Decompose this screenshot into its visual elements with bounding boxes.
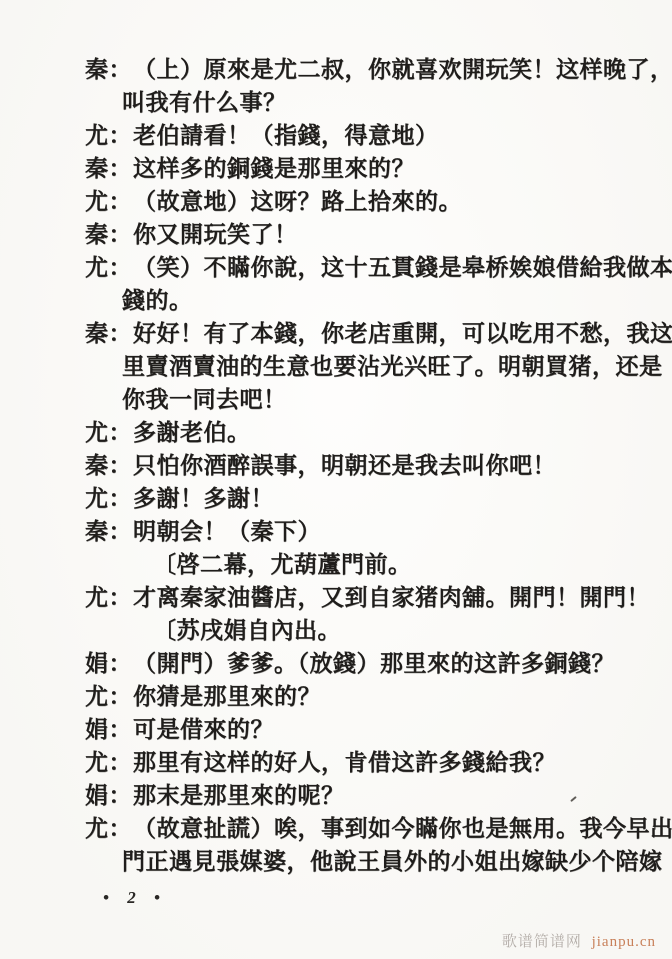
- script-line: 尤：多謝！多謝！: [85, 482, 660, 515]
- speaker-label: 秦：: [85, 152, 132, 185]
- script-line: 尤：多謝老伯。: [85, 416, 660, 449]
- speaker-label: 尤：: [85, 185, 132, 218]
- speaker-label: 秦：: [85, 449, 132, 482]
- speaker-label: 娟：: [85, 647, 132, 680]
- script-line: 秦：（上）原來是尤二叔，你就喜欢開玩笑！这样晚了，: [85, 53, 660, 86]
- speaker-label: 尤：: [85, 680, 132, 713]
- dialogue-text: （故意地）这呀？路上拾來的。: [133, 189, 462, 214]
- script-line: 娟：（開門）爹爹。（放錢）那里來的这許多銅錢？: [85, 647, 660, 680]
- speaker-label: 秦：: [85, 218, 132, 251]
- dialogue-text: 这样多的銅錢是那里來的？: [133, 156, 415, 181]
- dialogue-text: 門正遇見張媒婆，他說王員外的小姐出嫁缺少个陪嫁: [122, 849, 663, 874]
- dialogue-text: 你猜是那里來的？: [133, 684, 321, 709]
- script-line: 叫我有什么事？: [85, 86, 660, 119]
- speaker-label: 娟：: [85, 713, 132, 746]
- script-line: 尤：你猜是那里來的？: [85, 680, 660, 713]
- dialogue-text: 多謝！多謝！: [133, 486, 274, 511]
- dialogue-text: （上）原來是尤二叔，你就喜欢開玩笑！这样晚了，: [133, 57, 672, 82]
- watermark-site-name: 歌谱简谱网: [502, 934, 582, 950]
- dialogue-text: 叫我有什么事？: [122, 90, 287, 115]
- dialogue-text: 錢的。: [122, 288, 193, 313]
- dialogue-text: 那末是那里來的呢？: [133, 783, 345, 808]
- dialogue-text: 〔啓二幕，尤葫蘆門前。: [153, 552, 412, 577]
- script-line: 秦：好好！有了本錢，你老店重開，可以吃用不愁，我这: [85, 317, 660, 350]
- speaker-label: 尤：: [85, 251, 132, 284]
- dialogue-text: 多謝老伯。: [133, 420, 251, 445]
- script-line: 〔啓二幕，尤葫蘆門前。: [85, 548, 660, 581]
- speaker-label: 秦：: [85, 317, 132, 350]
- speaker-label: 尤：: [85, 746, 132, 779]
- scanned-page: 秦：（上）原來是尤二叔，你就喜欢開玩笑！这样晚了， 叫我有什么事？ 尤：老伯請看…: [0, 0, 672, 959]
- dialogue-text: 你又開玩笑了！: [133, 222, 298, 247]
- speaker-label: 秦：: [85, 515, 132, 548]
- dialogue-text: 里賣酒賣油的生意也要沾光兴旺了。明朝買猪，还是: [122, 354, 663, 379]
- speaker-label: 尤：: [85, 482, 132, 515]
- script-line: 尤：那里有这样的好人，肯借这許多錢給我？: [85, 746, 660, 779]
- dialogue-text: 才离秦家油醬店，又到自家猪肉舖。開門！開門！: [133, 585, 650, 610]
- script-line: 娟：可是借來的？: [85, 713, 660, 746]
- script-line: 尤：（笑）不瞞你說，这十五貫錢是皋桥娭娘借給我做本: [85, 251, 660, 284]
- speaker-label: 尤：: [85, 812, 132, 845]
- watermark-site-url: jianpu.cn: [592, 934, 656, 950]
- page-number: • 2 •: [103, 888, 167, 908]
- dialogue-text: 你我一同去吧！: [122, 387, 287, 412]
- dialogue-text: 那里有这样的好人，肯借这許多錢給我？: [133, 750, 556, 775]
- dialogue-text: （笑）不瞞你說，这十五貫錢是皋桥娭娘借給我做本: [133, 255, 672, 280]
- script-line: 尤：才离秦家油醬店，又到自家猪肉舖。開門！開門！: [85, 581, 660, 614]
- script-line: 里賣酒賣油的生意也要沾光兴旺了。明朝買猪，还是: [85, 350, 660, 383]
- dialogue-text: （故意扯謊）唉，事到如今瞞你也是無用。我今早出: [133, 816, 672, 841]
- dialogue-text: 好好！有了本錢，你老店重開，可以吃用不愁，我这: [133, 321, 672, 346]
- script-line: 秦：明朝会！（秦下）: [85, 515, 660, 548]
- script-line: 錢的。: [85, 284, 660, 317]
- speaker-label: 秦：: [85, 53, 132, 86]
- watermark: 歌谱简谱网 jianpu.cn: [502, 930, 656, 951]
- dialogue-text: 明朝会！（秦下）: [133, 519, 321, 544]
- script-line: 秦：这样多的銅錢是那里來的？: [85, 152, 660, 185]
- speaker-label: 娟：: [85, 779, 132, 812]
- dialogue-text: 可是借來的？: [133, 717, 274, 742]
- script-body: 秦：（上）原來是尤二叔，你就喜欢開玩笑！这样晚了， 叫我有什么事？ 尤：老伯請看…: [85, 53, 660, 878]
- script-line: 尤：（故意扯謊）唉，事到如今瞞你也是無用。我今早出: [85, 812, 660, 845]
- speaker-label: 尤：: [85, 581, 132, 614]
- script-line: 〔苏戌娟自內出。: [85, 614, 660, 647]
- script-line: 秦：只怕你酒醉誤事，明朝还是我去叫你吧！: [85, 449, 660, 482]
- script-line: 尤：（故意地）这呀？路上拾來的。: [85, 185, 660, 218]
- dialogue-text: 老伯請看！（指錢，得意地）: [133, 123, 439, 148]
- script-line: 門正遇見張媒婆，他說王員外的小姐出嫁缺少个陪嫁: [85, 845, 660, 878]
- script-line: 秦：你又開玩笑了！: [85, 218, 660, 251]
- script-line: 尤：老伯請看！（指錢，得意地）: [85, 119, 660, 152]
- script-line: 你我一同去吧！: [85, 383, 660, 416]
- dialogue-text: 只怕你酒醉誤事，明朝还是我去叫你吧！: [133, 453, 556, 478]
- speaker-label: 尤：: [85, 416, 132, 449]
- dialogue-text: 〔苏戌娟自內出。: [153, 618, 341, 643]
- speaker-label: 尤：: [85, 119, 132, 152]
- script-line: 娟：那末是那里來的呢？: [85, 779, 660, 812]
- dialogue-text: （開門）爹爹。（放錢）那里來的这許多銅錢？: [133, 651, 615, 676]
